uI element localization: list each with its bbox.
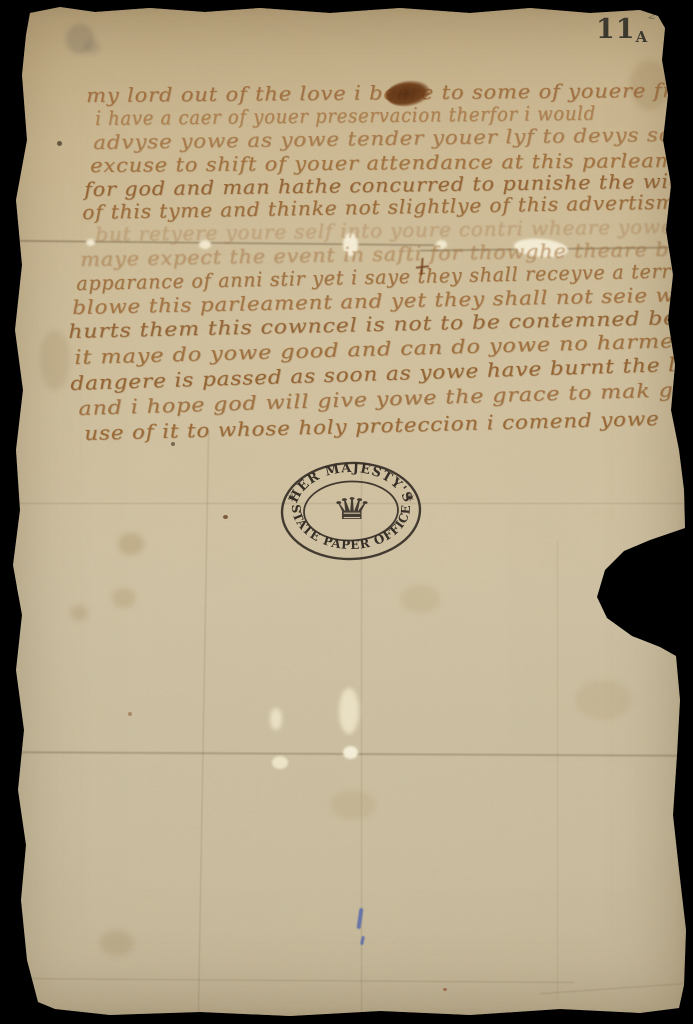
edge-vignette (0, 0, 693, 1024)
photograph-stage: 11A 2 my lord out of the love i beare to… (0, 0, 693, 1024)
damage-patch (8, 583, 18, 605)
manuscript-page: 11A 2 my lord out of the love i beare to… (0, 0, 693, 1024)
